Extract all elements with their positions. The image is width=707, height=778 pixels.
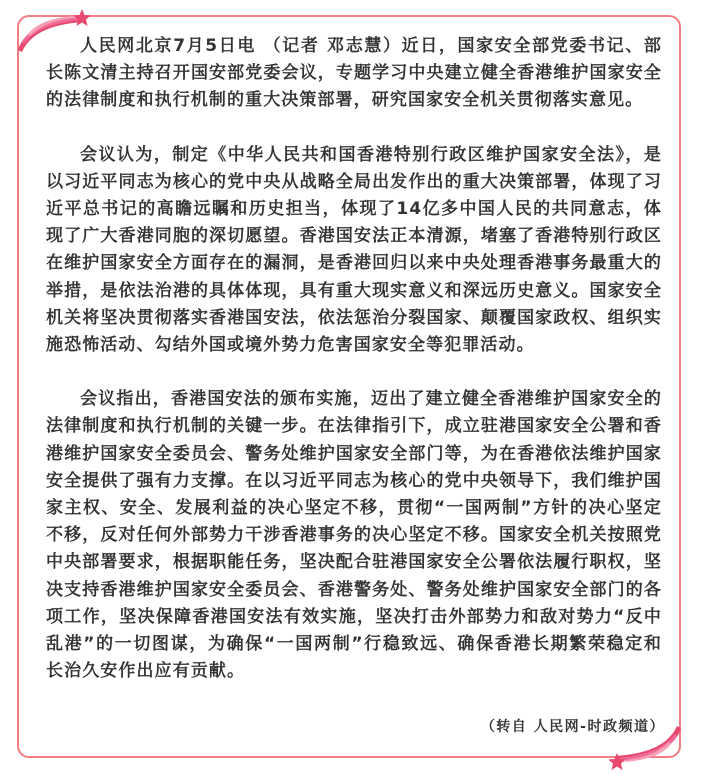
article-paragraph: 人民网北京7月5日电 （记者 邓志慧）近日，国家安全部党委书记、部长陈文清主持召… — [46, 33, 662, 115]
article-paragraph: 会议认为，制定《中华人民共和国香港特别行政区维护国家安全法》，是以习近平同志为核… — [46, 142, 662, 360]
article-paragraph: 会议指出，香港国安法的颁布实施，迈出了建立健全香港维护国家安全的法律制度和执行机… — [46, 386, 662, 685]
article-source: （转自 人民网-时政频道） — [481, 716, 665, 736]
article-body: 人民网北京7月5日电 （记者 邓志慧）近日，国家安全部党委书记、部长陈文清主持召… — [46, 33, 662, 712]
